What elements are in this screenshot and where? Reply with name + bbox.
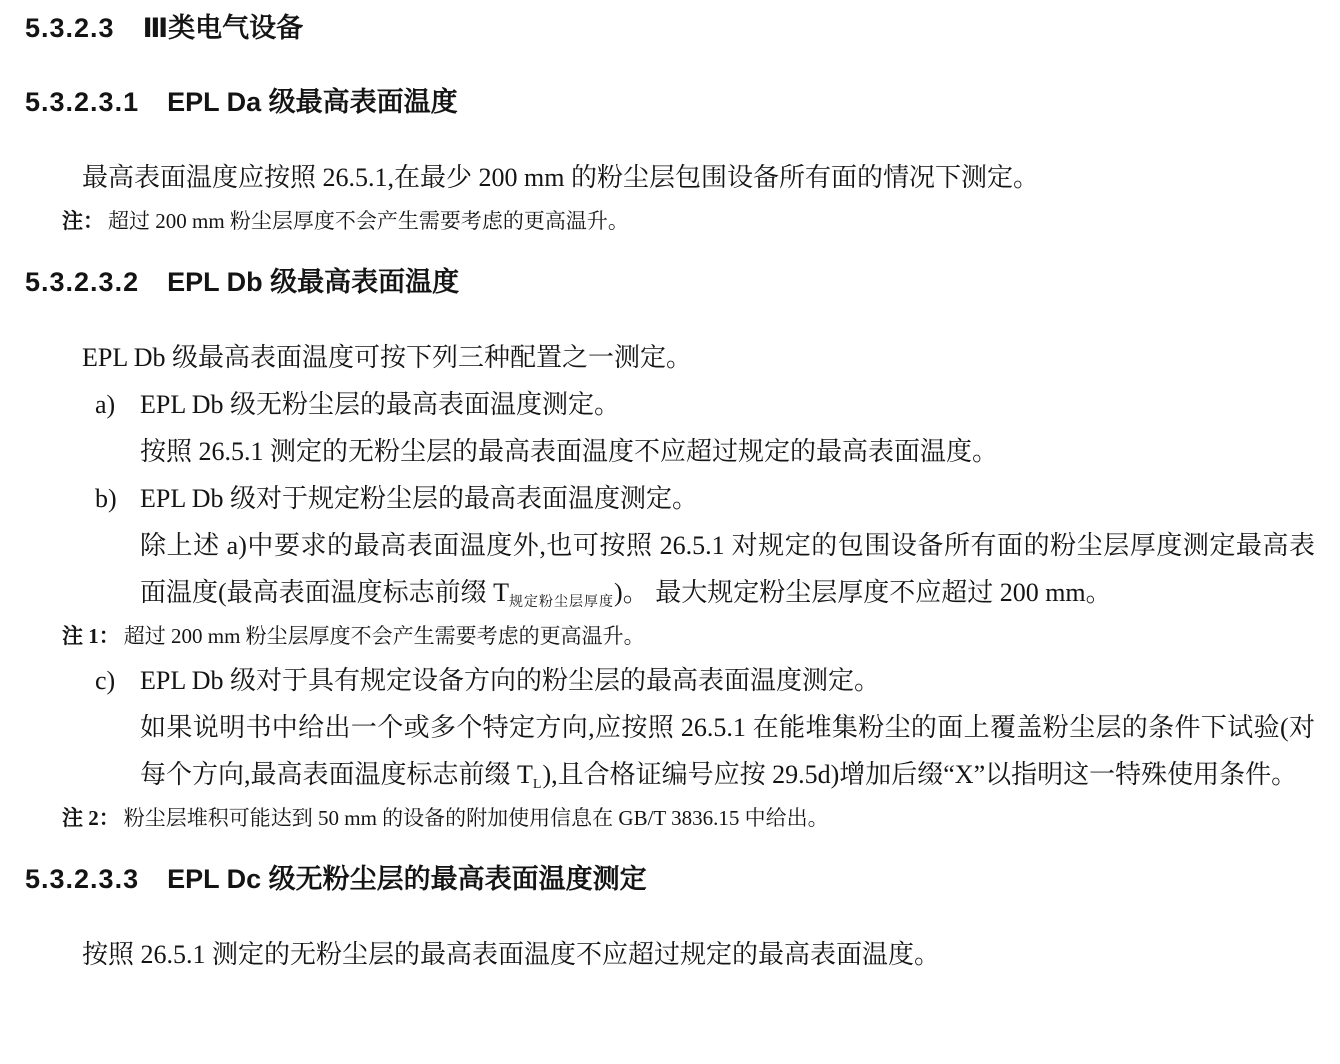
list-item-marker: a) xyxy=(95,381,140,428)
list-item-head: b)EPL Db 级对于规定粉尘层的最高表面温度测定。 xyxy=(95,475,1315,522)
body-text: )。 最大规定粉尘层厚度不应超过 200 mm。 xyxy=(614,578,1112,607)
note-2: 注 2：粉尘层堆积可能达到 50 mm 的设备的附加使用信息在 GB/T 383… xyxy=(62,803,1315,833)
clause-heading-5-3-2-3: 5.3.2.3Ⅲ类电气设备 xyxy=(25,12,1315,44)
clause-title: EPL Dc 级无粉尘层的最高表面温度测定 xyxy=(167,864,647,894)
body-text: ),且合格证编号应按 29.5d)增加后缀“X”以指明这一特殊使用条件。 xyxy=(542,760,1297,789)
list-item-body: 除上述 a)中要求的最高表面温度外,也可按照 26.5.1 对规定的包围设备所有… xyxy=(140,522,1315,616)
clause-title: EPL Da 级最高表面温度 xyxy=(167,87,458,117)
note-text: 粉尘层堆积可能达到 50 mm 的设备的附加使用信息在 GB/T 3836.15… xyxy=(124,806,829,830)
list-item-title: EPL Db 级无粉尘层的最高表面温度测定。 xyxy=(140,390,620,419)
list-item-marker: b) xyxy=(95,475,140,522)
list-item-head: c)EPL Db 级对于具有规定设备方向的粉尘层的最高表面温度测定。 xyxy=(95,657,1315,704)
note-label: 注 1： xyxy=(62,624,120,648)
clause-heading-5-3-2-3-3: 5.3.2.3.3EPL Dc 级无粉尘层的最高表面温度测定 xyxy=(25,863,1315,895)
clause-number: 5.3.2.3.1 xyxy=(25,86,139,118)
note-text: 超过 200 mm 粉尘层厚度不会产生需要考虑的更高温升。 xyxy=(108,209,629,233)
list-item-title: EPL Db 级对于规定粉尘层的最高表面温度测定。 xyxy=(140,484,698,513)
list-item-body: 如果说明书中给出一个或多个特定方向,应按照 26.5.1 在能堆集粉尘的面上覆盖… xyxy=(140,704,1315,798)
list-item-marker: c) xyxy=(95,657,140,704)
clause-title: EPL Db 级最高表面温度 xyxy=(167,267,459,297)
note-text: 超过 200 mm 粉尘层厚度不会产生需要考虑的更高温升。 xyxy=(124,624,645,648)
note-label: 注 2： xyxy=(62,806,120,830)
list-item-b: b)EPL Db 级对于规定粉尘层的最高表面温度测定。 除上述 a)中要求的最高… xyxy=(95,475,1315,616)
body-paragraph: EPL Db 级最高表面温度可按下列三种配置之一测定。 xyxy=(25,334,1315,381)
clause-heading-5-3-2-3-2: 5.3.2.3.2EPL Db 级最高表面温度 xyxy=(25,266,1315,298)
list-item-head: a)EPL Db 级无粉尘层的最高表面温度测定。 xyxy=(95,381,1315,428)
clause-title: Ⅲ类电气设备 xyxy=(143,13,304,43)
body-paragraph: 最高表面温度应按照 26.5.1,在最少 200 mm 的粉尘层包围设备所有面的… xyxy=(25,154,1315,201)
document-page: 5.3.2.3Ⅲ类电气设备 5.3.2.3.1EPL Da 级最高表面温度 最高… xyxy=(0,0,1340,1064)
list-item-title: EPL Db 级对于具有规定设备方向的粉尘层的最高表面温度测定。 xyxy=(140,666,880,695)
note: 注：超过 200 mm 粉尘层厚度不会产生需要考虑的更高温升。 xyxy=(62,206,1315,236)
note-label: 注： xyxy=(62,209,104,233)
note-1: 注 1：超过 200 mm 粉尘层厚度不会产生需要考虑的更高温升。 xyxy=(62,621,1315,651)
list-item-a: a)EPL Db 级无粉尘层的最高表面温度测定。 按照 26.5.1 测定的无粉… xyxy=(95,381,1315,475)
clause-number: 5.3.2.3 xyxy=(25,12,115,44)
list-item-body: 按照 26.5.1 测定的无粉尘层的最高表面温度不应超过规定的最高表面温度。 xyxy=(140,428,1315,475)
body-paragraph: 按照 26.5.1 测定的无粉尘层的最高表面温度不应超过规定的最高表面温度。 xyxy=(25,931,1315,978)
clause-heading-5-3-2-3-1: 5.3.2.3.1EPL Da 级最高表面温度 xyxy=(25,86,1315,118)
clause-number: 5.3.2.3.3 xyxy=(25,863,139,895)
list-item-c: c)EPL Db 级对于具有规定设备方向的粉尘层的最高表面温度测定。 如果说明书… xyxy=(95,657,1315,798)
temperature-mark-subscript: 规定粉尘层厚度 xyxy=(509,595,614,610)
clause-number: 5.3.2.3.2 xyxy=(25,266,139,298)
